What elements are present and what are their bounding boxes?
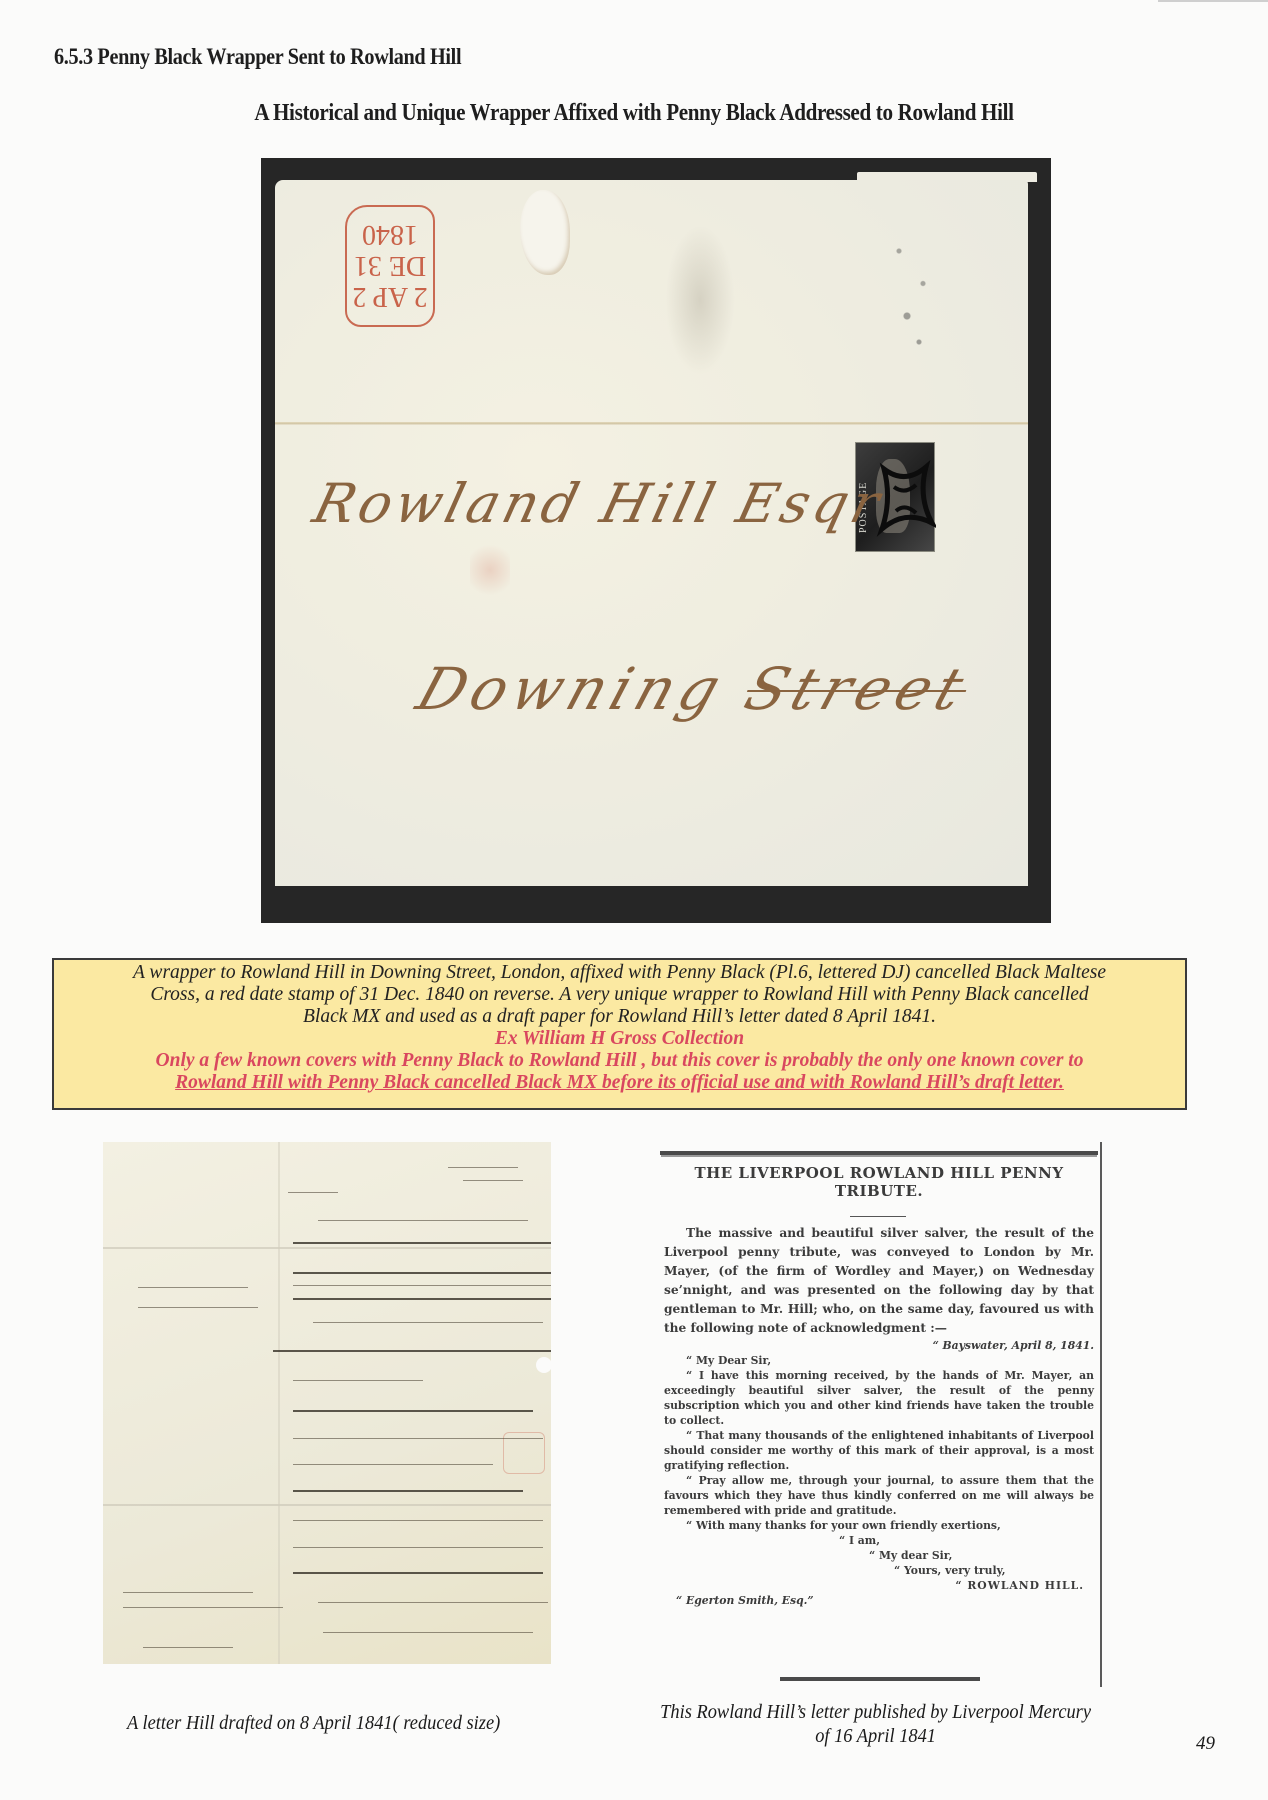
- handwriting-stroke: [313, 1322, 543, 1323]
- handwriting-stroke: [323, 1632, 533, 1633]
- handwriting-stroke: [293, 1438, 543, 1439]
- fold-line: [275, 422, 1028, 425]
- description-box: A wrapper to Rowland Hill in Downing Str…: [52, 958, 1187, 1110]
- headline-line2: TRIBUTE.: [660, 1182, 1098, 1200]
- letter-closing-2: “ My dear Sir,: [664, 1548, 1094, 1563]
- newspaper-caption-line1: This Rowland Hill’s letter published by …: [618, 1700, 1133, 1724]
- letter-salutation: “ My Dear Sir,: [664, 1353, 1094, 1368]
- letter-dateline: “ Bayswater, April 8, 1841.: [664, 1338, 1094, 1353]
- datestamp-line1: 2 AP 2: [352, 282, 427, 313]
- description-line3: Black MX and used as a draft paper for R…: [54, 1006, 1185, 1028]
- draft-letter-caption: A letter Hill drafted on 8 April 1841( r…: [127, 1712, 500, 1735]
- article-paragraph: The massive and beautiful silver salver,…: [664, 1224, 1094, 1338]
- page-subtitle: A Historical and Unique Wrapper Affixed …: [76, 100, 1192, 127]
- handwriting-stroke: [273, 1350, 551, 1352]
- handwriting-stroke: [293, 1547, 543, 1548]
- fold-line: [103, 1247, 551, 1249]
- handwriting-stroke: [143, 1647, 233, 1648]
- handwriting-stroke: [138, 1307, 258, 1308]
- handwriting-stroke: [293, 1298, 551, 1300]
- wrapper-paper: 2 AP 2 DE 31 1840 POSTAGE Rowland Hill E…: [275, 180, 1028, 886]
- red-ink-traces: [470, 540, 510, 600]
- letter-signature: “ ROWLAND HILL.: [664, 1578, 1094, 1593]
- section-title: 6.5.3 Penny Black Wrapper Sent to Rowlan…: [54, 44, 461, 70]
- address-street: Downing Street: [409, 655, 978, 723]
- scan-edge-mark: [1158, 0, 1268, 2]
- fold-line: [278, 1142, 280, 1664]
- description-line1: A wrapper to Rowland Hill in Downing Str…: [54, 962, 1185, 984]
- handwriting-stroke: [293, 1380, 423, 1381]
- letter-addressee: “ Egerton Smith, Esq.”: [664, 1593, 1094, 1608]
- fold-line: [103, 1504, 551, 1506]
- newspaper-caption: This Rowland Hill’s letter published by …: [618, 1700, 1133, 1748]
- handwriting-stroke: [293, 1410, 533, 1412]
- handwriting-stroke: [123, 1592, 253, 1593]
- datestamp-line3: 1840: [362, 220, 418, 251]
- rarity-note-line1: Only a few known covers with Penny Black…: [54, 1050, 1185, 1072]
- red-datestamp: 2 AP 2 DE 31 1840: [345, 205, 435, 327]
- handwriting-stroke: [463, 1180, 523, 1181]
- handwriting-stroke: [293, 1572, 543, 1574]
- letter-paragraph-3: “ Pray allow me, through your journal, t…: [664, 1473, 1094, 1518]
- newspaper-body: The massive and beautiful silver salver,…: [664, 1224, 1094, 1608]
- page-number: 49: [1196, 1733, 1215, 1755]
- draft-letter-photo: [103, 1142, 551, 1664]
- handwriting-stroke: [293, 1520, 543, 1521]
- paper-tear: [520, 190, 570, 275]
- description-line2: Cross, a red date stamp of 31 Dec. 1840 …: [54, 984, 1185, 1006]
- datestamp-line2: DE 31: [354, 251, 426, 282]
- rule: [780, 1677, 980, 1681]
- newspaper-headline: THE LIVERPOOL ROWLAND HILL PENNY TRIBUTE…: [660, 1164, 1098, 1200]
- handwriting-stroke: [293, 1242, 551, 1244]
- ink-offset-marks: [875, 225, 955, 355]
- letter-paragraph-2: “ That many thousands of the enlightened…: [664, 1428, 1094, 1473]
- handwriting-stroke: [293, 1490, 523, 1492]
- provenance-note: Ex William H Gross Collection: [54, 1028, 1185, 1050]
- newspaper-clipping: THE LIVERPOOL ROWLAND HILL PENNY TRIBUTE…: [660, 1142, 1102, 1687]
- handwriting-stroke: [293, 1464, 493, 1465]
- paper-stain: [665, 225, 735, 375]
- letter-paragraph-4: “ With many thanks for your own friendly…: [664, 1518, 1094, 1533]
- letter-closing-1: “ I am,: [664, 1533, 1094, 1548]
- rarity-note-line2: Rowland Hill with Penny Black cancelled …: [54, 1072, 1185, 1094]
- handwriting-stroke: [448, 1167, 518, 1168]
- handwriting-stroke: [293, 1272, 551, 1274]
- wrapper-photo: 2 AP 2 DE 31 1840 POSTAGE Rowland Hill E…: [261, 158, 1051, 923]
- letter-paragraph-1: “ I have this morning received, by the h…: [664, 1368, 1094, 1428]
- headline-line1: THE LIVERPOOL ROWLAND HILL PENNY: [660, 1164, 1098, 1182]
- handwriting-stroke: [288, 1192, 338, 1193]
- newspaper-caption-line2: of 16 April 1841: [618, 1724, 1133, 1748]
- handwriting-stroke: [293, 1285, 551, 1286]
- handwriting-stroke: [138, 1287, 248, 1288]
- paper-hole: [536, 1357, 551, 1373]
- rule: [660, 1151, 1098, 1155]
- handwriting-stroke: [318, 1602, 548, 1603]
- letter-closing-3: “ Yours, very truly,: [664, 1563, 1094, 1578]
- address-street-part2: Street: [737, 655, 978, 723]
- handwriting-stroke: [123, 1607, 283, 1608]
- rule: [850, 1216, 906, 1217]
- address-street-part1: Downing: [409, 655, 759, 723]
- handwriting-stroke: [318, 1220, 528, 1221]
- address-name: Rowland Hill Esqr: [307, 472, 890, 535]
